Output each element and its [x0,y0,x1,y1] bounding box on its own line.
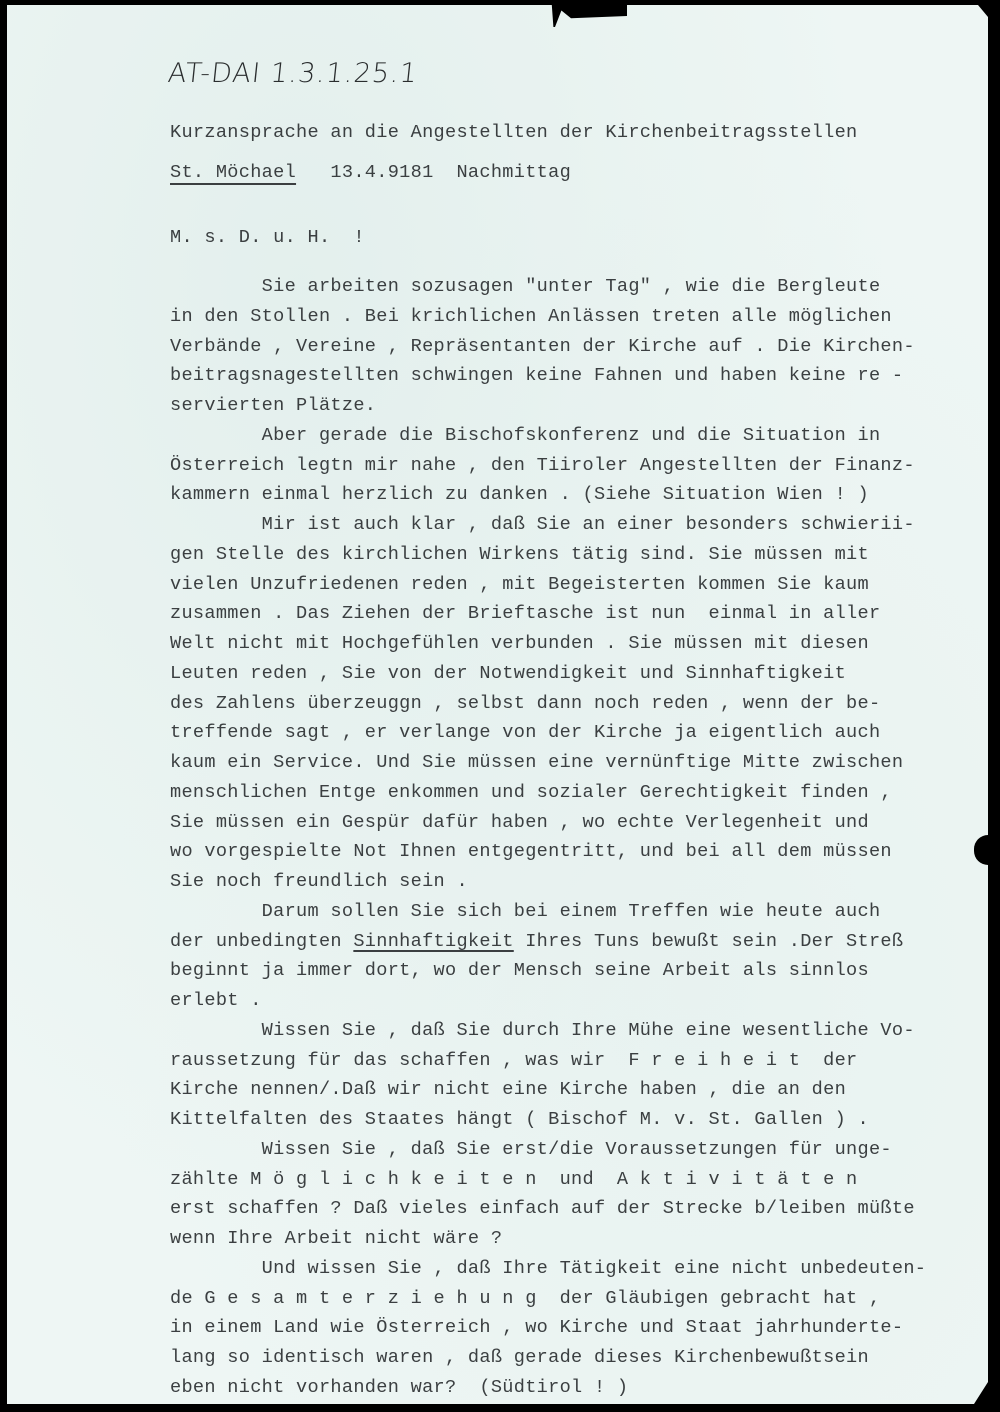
text-line: in den Stollen . Bei krichlichen Anlässe… [170,302,926,332]
document-subtitle: St. Möchael 13.4.9181 Nachmittag [170,164,571,183]
text-line: in einem Land wie Österreich , wo Kirche… [170,1313,926,1343]
text-line: erst schaffen ? Daß vieles einfach auf d… [170,1194,926,1224]
text-line: beginnt ja immer dort, wo der Mensch sei… [170,956,926,986]
spacer [434,162,457,183]
text-line: Mir ist auch klar , daß Sie an einer bes… [170,510,926,540]
underlined-word: Sinnhaftigkeit [353,931,513,952]
text-line: wenn Ihre Arbeit nicht wäre ? [170,1224,926,1254]
text-line: Welt nicht mit Hochgefühlen verbunden . … [170,629,926,659]
text-line: des Zahlens überzeuggn , selbst dann noc… [170,689,926,719]
body-text: Sie arbeiten sozusagen "unter Tag" , wie… [170,272,926,1403]
text-line: Darum sollen Sie sich bei einem Treffen … [170,897,926,927]
text-line: de G e s a m t e r z i e h u n g der Glä… [170,1284,926,1314]
text-line: Leuten reden , Sie von der Notwendigkeit… [170,659,926,689]
text-line: Sie noch freundlich sein . [170,867,926,897]
text-line: servierten Plätze. [170,391,926,421]
text-line: eben nicht vorhanden war? (Südtirol ! ) [170,1373,926,1403]
spacer [296,162,330,183]
text-line: zählte M ö g l i c h k e i t e n und A k… [170,1165,926,1195]
paper-corner [974,1382,988,1404]
text-line: Kirche nennen/.Daß wir nicht eine Kirche… [170,1075,926,1105]
text-segment: Ihres Tuns bewußt sein .Der Streß [514,931,904,952]
text-line: menschlichen Entge enkommen und sozialer… [170,778,926,808]
paper-tear [547,5,627,27]
paper-corner [978,5,988,17]
text-line: Sie arbeiten sozusagen "unter Tag" , wie… [170,272,926,302]
document-title: Kurzansprache an die Angestellten der Ki… [170,124,857,143]
text-line: beitragsnagestellten schwingen keine Fah… [170,361,926,391]
text-line: erlebt . [170,986,926,1016]
text-line: Wissen Sie , daß Sie durch Ihre Mühe ein… [170,1016,926,1046]
text-line: Aber gerade die Bischofskonferenz und di… [170,421,926,451]
text-line: vielen Unzufriedenen reden , mit Begeist… [170,570,926,600]
text-line: lang so identisch waren , daß gerade die… [170,1343,926,1373]
punch-hole [974,835,988,865]
archive-signature: AT-DAI 1.3.1.25.1 [166,58,419,89]
text-line: wo vorgespielte Not Ihnen entgegentritt,… [170,837,926,867]
text-line: treffende sagt , er verlange von der Kir… [170,718,926,748]
time-of-day: Nachmittag [456,162,571,183]
text-line: Kittelfalten des Staates hängt ( Bischof… [170,1105,926,1135]
text-line: Österreich legtn mir nahe , den Tiiroler… [170,451,926,481]
text-line: Und wissen Sie , daß Ihre Tätigkeit eine… [170,1254,926,1284]
text-line: kammern einmal herzlich zu danken . (Sie… [170,480,926,510]
text-line: Sie müssen ein Gespür dafür haben , wo e… [170,808,926,838]
date: 13.4.9181 [330,162,433,183]
text-line: raussetzung für das schaffen , was wir F… [170,1046,926,1076]
text-line: Verbände , Vereine , Repräsentanten der … [170,332,926,362]
text-line: Wissen Sie , daß Sie erst/die Voraussetz… [170,1135,926,1165]
salutation: M. s. D. u. H. ! [170,229,365,248]
place: St. Möchael [170,162,296,183]
text-line: gen Stelle des kirchlichen Wirkens tätig… [170,540,926,570]
text-line: zusammen . Das Ziehen der Brieftasche is… [170,599,926,629]
text-line: der unbedingten Sinnhaftigkeit Ihres Tun… [170,927,926,957]
text-segment: der unbedingten [170,931,353,952]
text-line: kaum ein Service. Und Sie müssen eine ve… [170,748,926,778]
